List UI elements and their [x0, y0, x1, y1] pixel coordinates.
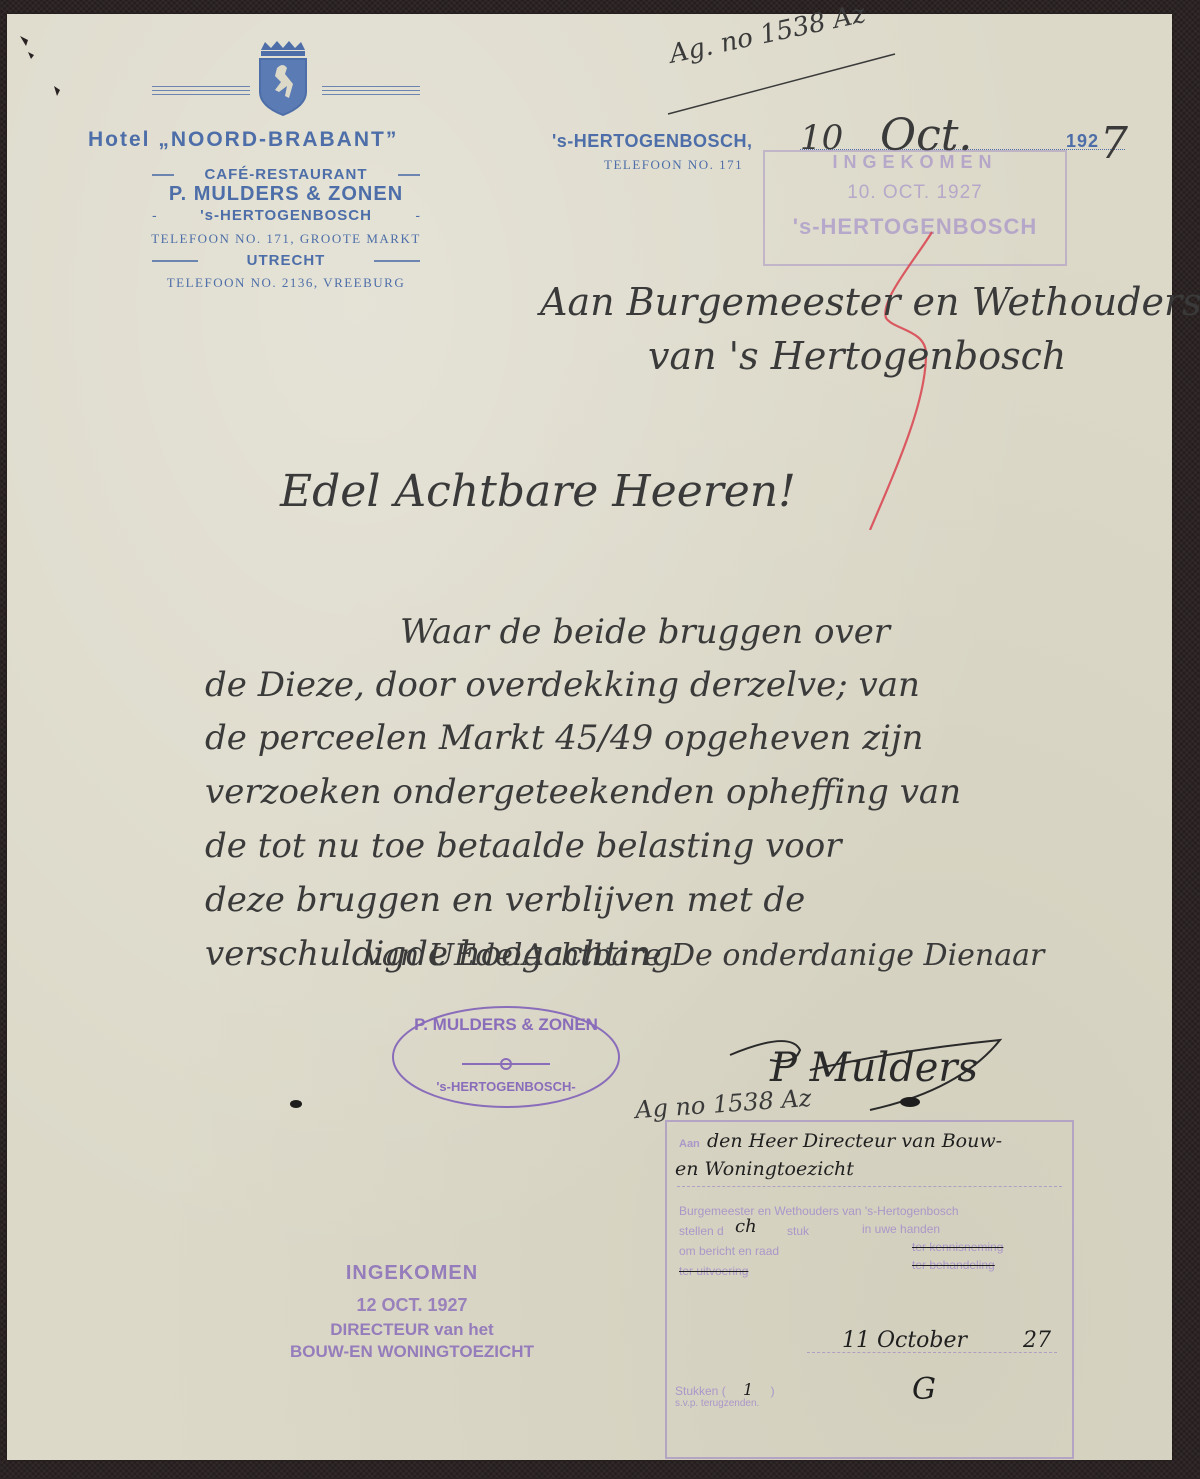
body-line: de perceelen Markt 45/49 opgeheven zijn — [205, 718, 923, 758]
year-suffix: 7 — [1100, 118, 1128, 169]
dash-left — [152, 174, 174, 176]
crowned-lion-shield-icon — [255, 40, 311, 116]
printed-line: Burgemeester en Wethouders van 's-Hertog… — [679, 1204, 959, 1218]
received-stamp-bottom: INGEKOMEN 12 OCT. 1927 DIRECTEUR van het… — [282, 1262, 542, 1362]
hotel-name: Hotel „NOORD-BRABANT” — [88, 128, 488, 152]
uitvoering-label: ter uitvoering — [679, 1264, 748, 1278]
closing: van UEdelAchtbare De onderdanige Dienaar — [365, 938, 1044, 973]
year-prefix: 192 — [1066, 131, 1099, 152]
place-label: 's-HERTOGENBOSCH, — [552, 131, 752, 152]
dash-right — [398, 174, 420, 176]
reference-underline — [660, 50, 900, 120]
proprietor: P. MULDERS & ZONEN — [140, 183, 432, 206]
routing-initials: G — [912, 1372, 936, 1407]
branch-city: UTRECHT — [247, 252, 326, 269]
company-stamp: P. MULDERS & ZONEN 's-HERTOGENBOSCH- — [390, 1003, 622, 1111]
body-line: verzoeken ondergeteekenden opheffing van — [205, 772, 961, 812]
aan-label: Aan — [679, 1138, 700, 1150]
body-line: de tot nu toe betaalde belasting voor — [205, 826, 842, 866]
subtitle: CAFÉ-RESTAURANT — [204, 166, 367, 183]
stuk-label: stuk — [787, 1224, 809, 1238]
address-line-1: Aan Burgemeester en Wethouders — [540, 280, 1200, 324]
salutation: Edel Achtbare Heeren! — [280, 466, 796, 517]
red-pencil-mark — [860, 230, 1000, 530]
aan-value-line-1: den Heer Directeur van Bouw- — [707, 1130, 1002, 1152]
city: 's-HERTOGENBOSCH — [200, 207, 372, 224]
phone-line: TELEFOON NO. 171, GROOTE MARKT — [150, 231, 422, 247]
place-phone: TELEFOON NO. 171 — [604, 157, 743, 173]
terug-label: s.v.p. terugzenden. — [675, 1398, 759, 1409]
stukken-label: Stukken ( 1 ) — [675, 1380, 775, 1399]
body-line: deze bruggen en verblijven met de — [205, 880, 805, 920]
routing-year: 27 — [1023, 1328, 1051, 1353]
aan-value-line-2: en Woningtoezicht — [675, 1158, 854, 1180]
ink-blot — [290, 1100, 302, 1108]
behandeling-label: ter behandeling — [912, 1258, 995, 1272]
branch-phone-line: TELEFOON NO. 2136, VREEBURG — [150, 275, 422, 291]
tear-marks — [14, 30, 64, 100]
stellen-value: ch — [735, 1216, 757, 1237]
routing-date: 11 October — [842, 1328, 967, 1353]
kennisneming-label: ter kennisneming — [912, 1240, 1003, 1254]
handen-label: in uwe handen — [862, 1222, 940, 1236]
body-line: Waar de beide bruggen over — [400, 612, 890, 652]
stukken-value: 1 — [729, 1380, 767, 1399]
routing-stamp: Aan den Heer Directeur van Bouw- en Woni… — [665, 1120, 1074, 1459]
body-line: de Dieze, door overdekking derzelve; van — [205, 665, 920, 705]
address-line-2: van 's Hertogenbosch — [648, 334, 1066, 378]
stellen-label: stellen d — [679, 1224, 724, 1238]
bericht-label: om bericht en raad — [679, 1244, 779, 1258]
